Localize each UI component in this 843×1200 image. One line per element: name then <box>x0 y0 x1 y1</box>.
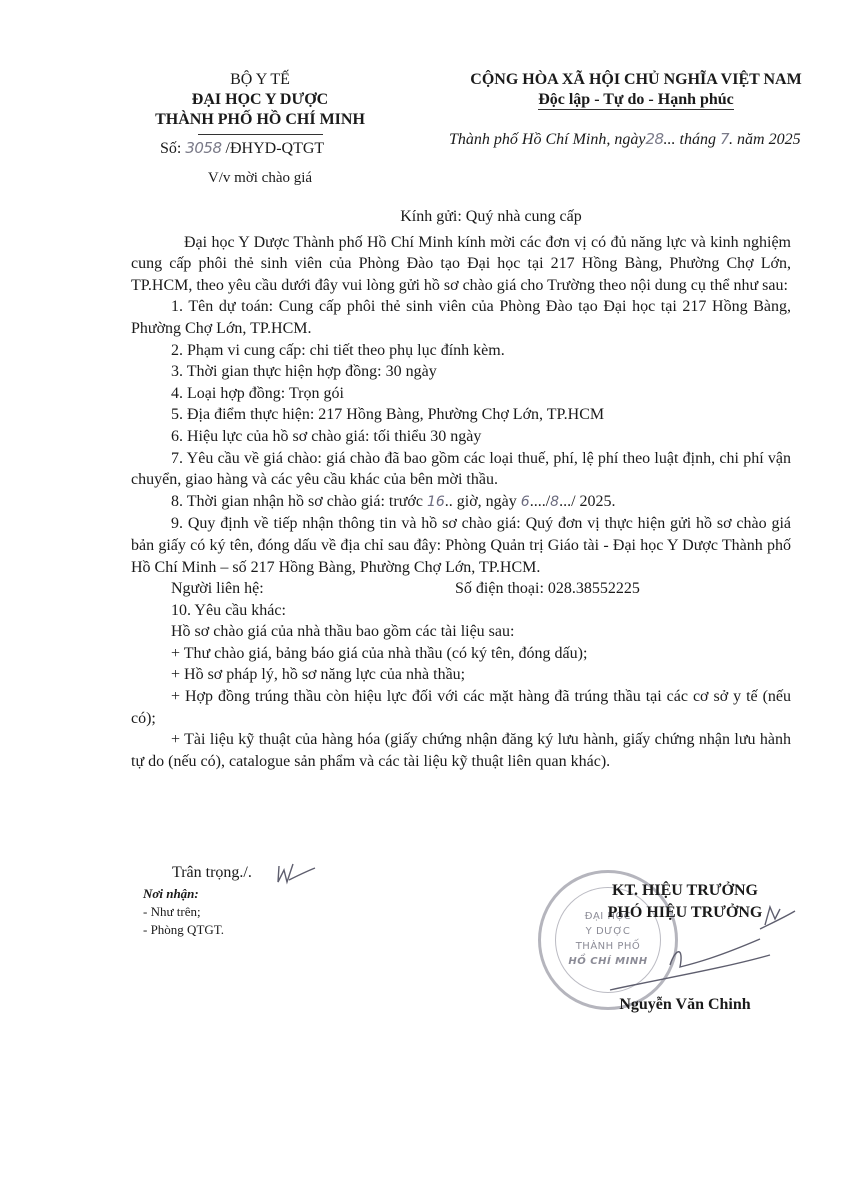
item-2: 2. Phạm vi cung cấp: chi tiết theo phụ l… <box>131 340 791 362</box>
subject-line: V/v mời chào giá <box>0 170 520 187</box>
recipients-title: Nơi nhận: <box>143 885 224 903</box>
item-7: 7. Yêu cầu về giá chào: giá chào đã bao … <box>131 448 791 491</box>
doc-requirement-4: + Tài liệu kỹ thuật của hàng hóa (giấy c… <box>131 729 791 772</box>
handwritten-deadline-month: 8 <box>550 494 559 510</box>
item-1: 1. Tên dự toán: Cung cấp phôi thẻ sinh v… <box>131 296 791 339</box>
recipients-block: Nơi nhận: - Như trên; - Phòng QTGT. <box>143 885 224 939</box>
org-name-line2: THÀNH PHỐ HỒ CHÍ MINH <box>135 110 385 130</box>
issuer-header: BỘ Y TẾ ĐẠI HỌC Y DƯỢC THÀNH PHỐ HỒ CHÍ … <box>135 70 385 135</box>
handwritten-deadline-day: 6 <box>521 494 530 510</box>
item-9: 9. Quy định về tiếp nhận thông tin và hồ… <box>131 513 791 578</box>
number-label: Số: <box>160 140 181 157</box>
national-header: CỘNG HÒA XÃ HỘI CHỦ NGHĨA VIỆT NAM Độc l… <box>446 70 826 110</box>
ministry-name: BỘ Y TẾ <box>135 70 385 90</box>
date-line: Thành phố Hồ Chí Minh, ngày28... tháng 7… <box>449 130 801 149</box>
doc-requirement-3: + Hợp đồng trúng thầu còn hiệu lực đối v… <box>131 686 791 729</box>
org-name-line1: ĐẠI HỌC Y DƯỢC <box>135 90 385 110</box>
item-5: 5. Địa điểm thực hiện: 217 Hồng Bàng, Ph… <box>131 404 791 426</box>
recipient-2: - Phòng QTGT. <box>143 921 224 939</box>
nation-name: CỘNG HÒA XÃ HỘI CHỦ NGHĨA VIỆT NAM <box>446 70 826 90</box>
item-8: 8. Thời gian nhận hồ sơ chào giá: trước … <box>131 491 791 514</box>
doc-requirement-2: + Hồ sơ pháp lý, hồ sơ năng lực của nhà … <box>131 664 791 686</box>
letter-body: Kính gửi: Quý nhà cung cấp Đại học Y Dượ… <box>131 206 791 772</box>
contact-person-label: Người liên hệ: <box>171 578 455 600</box>
closing-line: Trân trọng./. <box>172 864 252 882</box>
number-suffix: /ĐHYD-QTGT <box>226 140 325 157</box>
national-motto: Độc lập - Tự do - Hạnh phúc <box>446 90 826 110</box>
contact-line: Người liên hệ: Số điện thoại: 028.385522… <box>131 578 791 600</box>
initial-scribble-icon <box>275 862 320 888</box>
document-number: Số: 3058 /ĐHYD-QTGT <box>160 139 324 158</box>
recipient-1: - Như trên; <box>143 903 224 921</box>
signature-scribble-icon <box>600 895 800 1005</box>
handwritten-hour: 16 <box>427 494 445 510</box>
salutation: Kính gửi: Quý nhà cung cấp <box>131 206 791 228</box>
item-3: 3. Thời gian thực hiện hợp đồng: 30 ngày <box>131 361 791 383</box>
item-4: 4. Loại hợp đồng: Trọn gói <box>131 383 791 405</box>
doc-requirement-1: + Thư chào giá, bảng báo giá của nhà thầ… <box>131 643 791 665</box>
handwritten-number: 3058 <box>185 139 221 157</box>
document-page: BỘ Y TẾ ĐẠI HỌC Y DƯỢC THÀNH PHỐ HỒ CHÍ … <box>0 0 843 1200</box>
item-6: 6. Hiệu lực của hồ sơ chào giá: tối thiể… <box>131 426 791 448</box>
phone-number: Số điện thoại: 028.38552225 <box>455 578 640 600</box>
intro-paragraph: Đại học Y Dược Thành phố Hồ Chí Minh kín… <box>131 232 791 297</box>
header-divider <box>198 134 323 135</box>
handwritten-month: 7 <box>720 130 729 148</box>
handwritten-day: 28 <box>645 130 663 148</box>
item-10-title: 10. Yêu cầu khác: <box>131 600 791 622</box>
docs-intro: Hồ sơ chào giá của nhà thầu bao gồm các … <box>131 621 791 643</box>
